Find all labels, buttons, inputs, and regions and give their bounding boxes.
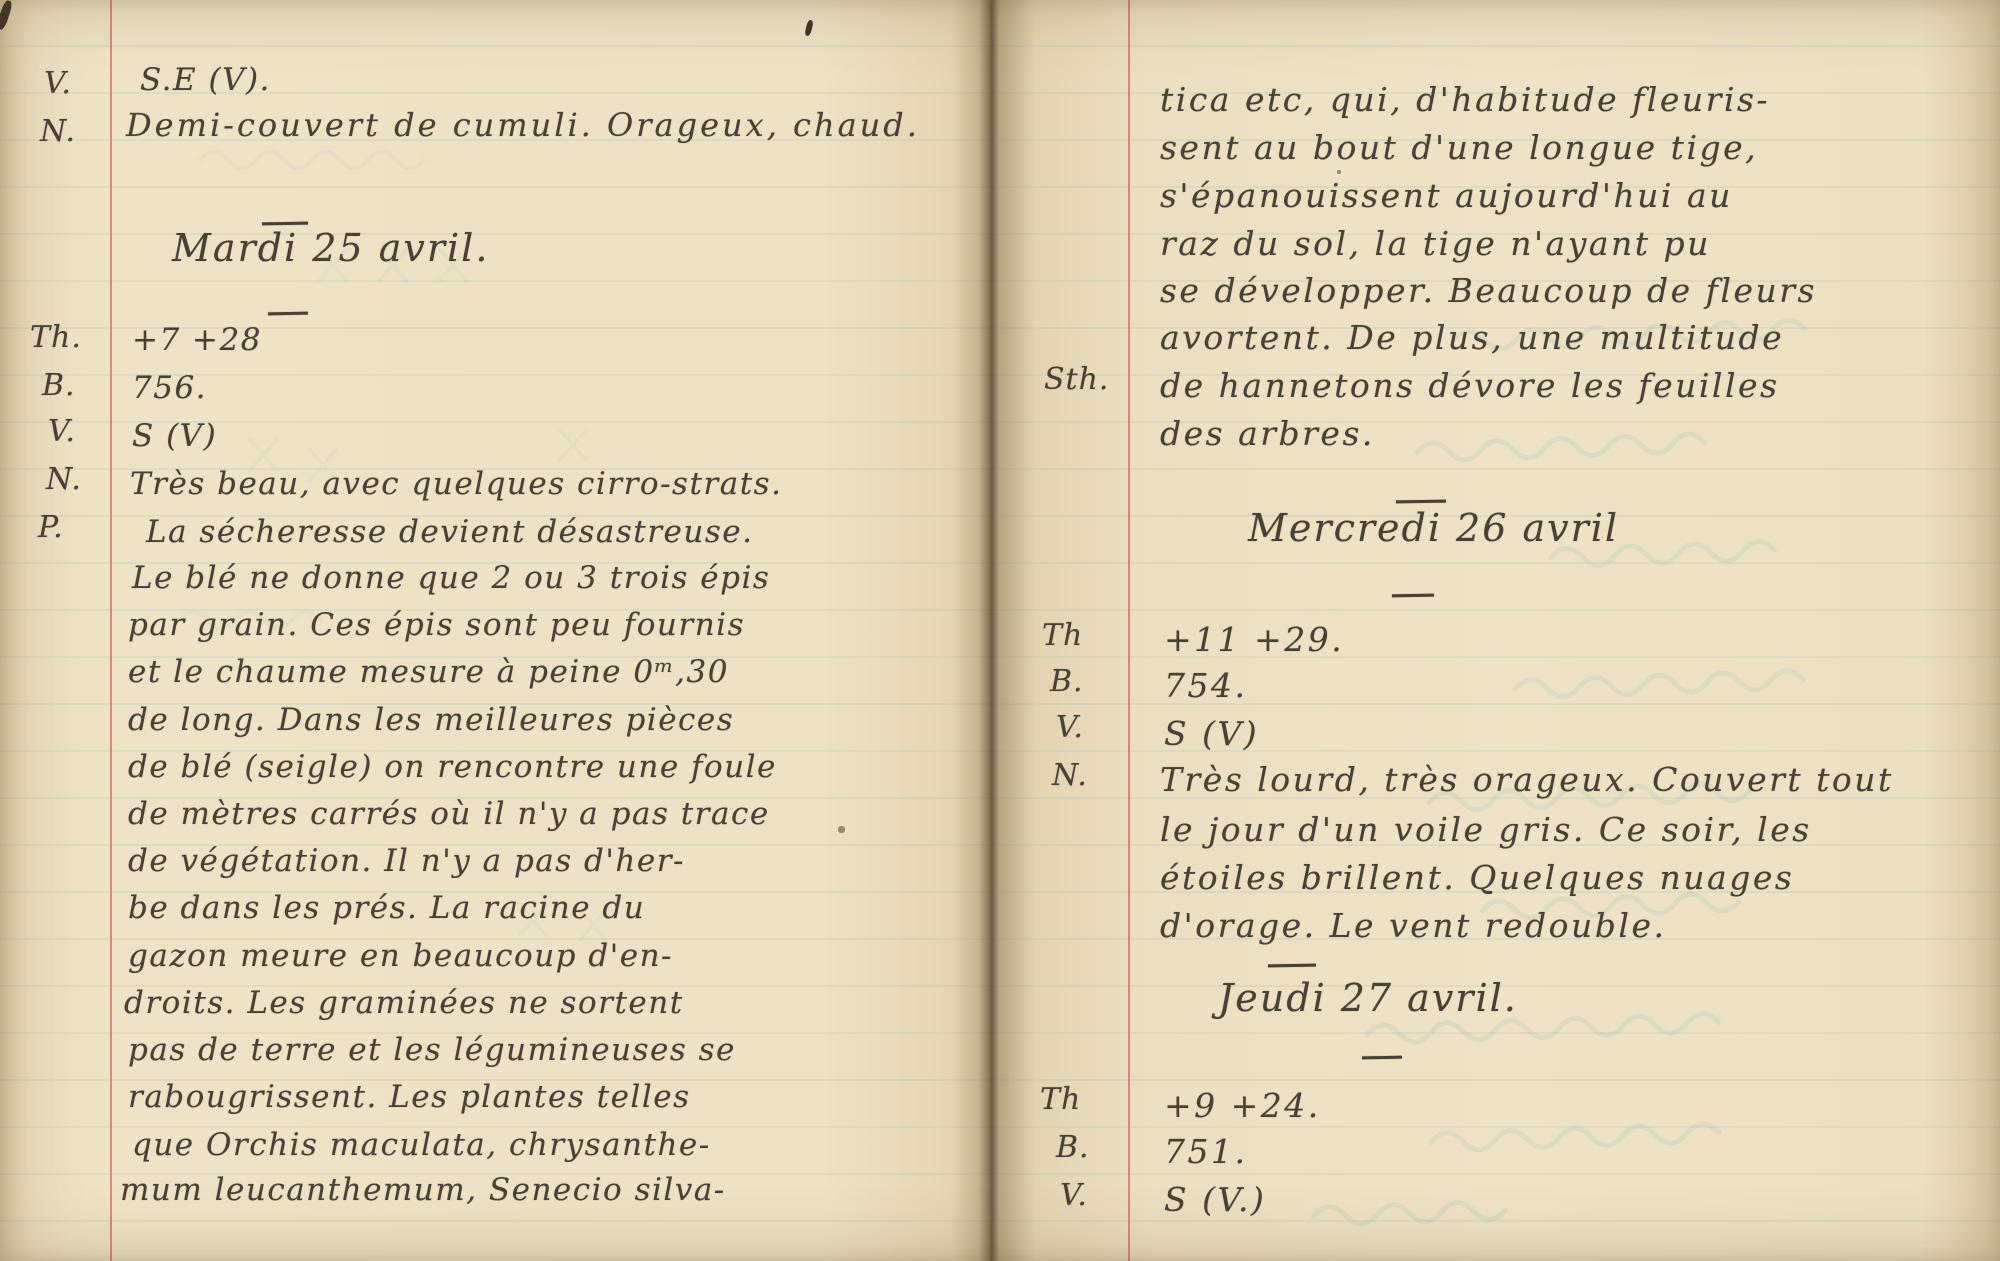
- paragraph-line: rabougrissent. Les plantes telles: [128, 1079, 691, 1115]
- paragraph-line: sent au bout d'une longue tige,: [1160, 128, 1758, 167]
- observation-value: 751.: [1164, 1132, 1247, 1171]
- observation-label: V.: [1056, 710, 1084, 745]
- paragraph-line: be dans les prés. La racine du: [128, 890, 645, 926]
- observation-value: Très lourd, très orageux. Couvert tout: [1160, 760, 1894, 799]
- paragraph-line: et le chaume mesure à peine 0ᵐ,30: [128, 654, 729, 690]
- observation-value: +7 +28: [132, 322, 262, 358]
- observation-label: Th: [1042, 618, 1083, 653]
- observation-label: V.: [1060, 1178, 1088, 1213]
- paragraph-line: tica etc, qui, d'habitude fleuris-: [1160, 80, 1770, 119]
- observation-label: Th.: [30, 320, 82, 355]
- date-heading: Mercredi 26 avril: [1248, 506, 1619, 550]
- paragraph-line: par grain. Ces épis sont peu fournis: [128, 607, 745, 643]
- paragraph-line: pas de terre et les légumineuses se: [128, 1032, 736, 1068]
- observation-value: La sécheresse devient désastreuse.: [146, 514, 753, 550]
- observation-value: S (V): [132, 418, 217, 454]
- margin-label: Sth.: [1044, 362, 1109, 397]
- paragraph-line: d'orage. Le vent redouble.: [1160, 906, 1667, 945]
- observation-value: +11 +29.: [1164, 620, 1344, 659]
- paragraph-line: mum leucanthemum, Senecio silva-: [120, 1172, 726, 1208]
- paragraph-line: de blé (seigle) on rencontre une foule: [128, 749, 777, 785]
- observation-value: +9 +24.: [1164, 1086, 1321, 1125]
- observation-label: N.: [46, 462, 82, 497]
- paragraph-line: que Orchis maculata, chrysanthe-: [132, 1127, 711, 1163]
- observation-value: 754.: [1164, 666, 1247, 705]
- journal-spread: V. S.E (V). N. Demi-couvert de cumuli. O…: [0, 0, 2000, 1261]
- paragraph-line: de végétation. Il n'y a pas d'her-: [128, 843, 685, 879]
- observation-label: B.: [1056, 1130, 1090, 1165]
- date-heading: Jeudi 27 avril.: [1218, 976, 1518, 1020]
- observation-label: B.: [1050, 664, 1084, 699]
- entry-line: S.E (V).: [140, 62, 271, 98]
- margin-label: V.: [44, 66, 72, 101]
- paragraph-line: de long. Dans les meilleures pièces: [128, 702, 734, 738]
- paragraph-line: de hannetons dévore les feuilles: [1160, 366, 1780, 405]
- ink-speck: [1337, 170, 1341, 174]
- entry-line: Demi-couvert de cumuli. Orageux, chaud.: [126, 106, 920, 144]
- observation-value: S (V): [1164, 714, 1259, 753]
- observation-label: Th: [1040, 1082, 1081, 1117]
- paragraph-line: des arbres.: [1160, 414, 1375, 453]
- observation-value: Très beau, avec quelques cirro-strats.: [130, 466, 782, 502]
- paragraph-line: avortent. De plus, une multitude: [1160, 318, 1784, 357]
- paragraph-line: droits. Les graminées ne sortent: [124, 985, 684, 1021]
- paragraph-line: de mètres carrés où il n'y a pas trace: [128, 796, 770, 832]
- paragraph-line: s'épanouissent aujourd'hui au: [1160, 176, 1733, 215]
- paragraph-line: Le blé ne donne que 2 ou 3 trois épis: [132, 560, 770, 596]
- margin-label: N.: [40, 114, 76, 149]
- observation-label: N.: [1052, 758, 1088, 793]
- observation-value: 756.: [132, 370, 207, 406]
- paragraph-line: le jour d'un voile gris. Ce soir, les: [1160, 810, 1812, 849]
- observation-label: V.: [48, 414, 76, 449]
- date-heading: Mardi 25 avril.: [172, 226, 489, 270]
- observation-label: B.: [42, 368, 76, 403]
- observation-value: S (V.): [1164, 1180, 1266, 1219]
- paragraph-line: raz du sol, la tige n'ayant pu: [1160, 224, 1711, 263]
- paragraph-line: se développer. Beaucoup de fleurs: [1160, 271, 1817, 310]
- paragraph-line: gazon meure en beaucoup d'en-: [128, 938, 673, 974]
- paragraph-line: étoiles brillent. Quelques nuages: [1160, 858, 1794, 897]
- ink-speck: [838, 826, 845, 833]
- observation-label: P.: [38, 510, 64, 545]
